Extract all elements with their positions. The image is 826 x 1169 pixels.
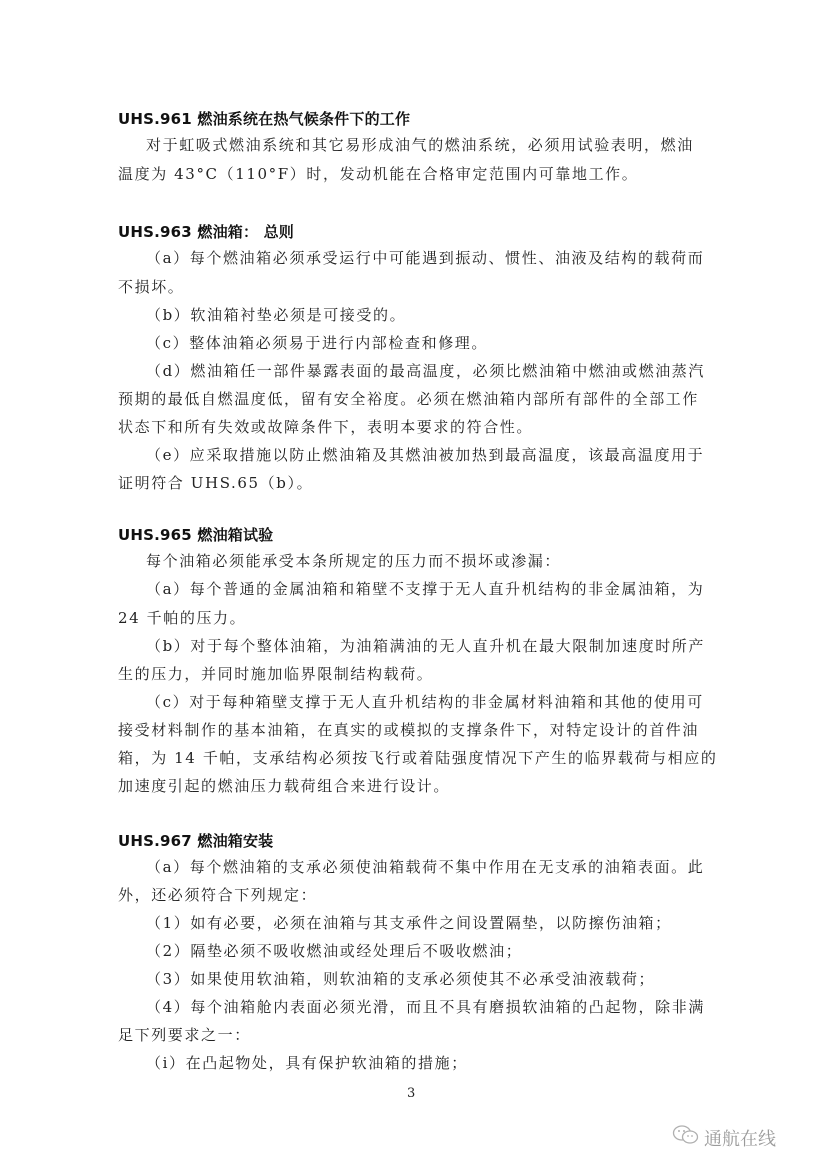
page-number: 3	[407, 1086, 415, 1101]
document-page: UHS.961 燃油系统在热气候条件下的工作 对于虹吸式燃油系统和其它易形成油气…	[0, 0, 826, 1169]
paragraph-line: 生的压力，并同时施加临界限制结构载荷。	[118, 663, 433, 684]
paragraph-line: 足下列要求之一：	[118, 1024, 251, 1045]
watermark-text: 通航在线	[704, 1125, 776, 1151]
section-heading-963: UHS.963 燃油箱： 总则	[118, 221, 294, 242]
paragraph-line: （1）如有必要，必须在油箱与其支承件之间设置隔垫，以防擦伤油箱；	[146, 912, 672, 933]
paragraph-line: 证明符合 UHS.65（b）。	[118, 472, 313, 493]
section-heading-967: UHS.967 燃油箱安装	[118, 830, 273, 851]
paragraph-line: （c）对于每种箱壁支撑于无人直升机结构的非金属材料油箱和其他的使用可	[146, 691, 704, 712]
section-heading-961: UHS.961 燃油系统在热气候条件下的工作	[118, 108, 410, 129]
paragraph-line: （b）软油箱衬垫必须是可接受的。	[146, 304, 406, 325]
paragraph-line: 每个油箱必须能承受本条所规定的压力而不损坏或渗漏：	[146, 550, 561, 571]
watermark: 通航在线	[672, 1124, 776, 1151]
paragraph-line: （a）每个燃油箱的支承必须使油箱载荷不集中作用在无支承的油箱表面。此	[146, 856, 704, 877]
paragraph-line: （e）应采取措施以防止燃油箱及其燃油被加热到最高温度，该最高温度用于	[146, 444, 704, 465]
paragraph-line: （3）如果使用软油箱，则软油箱的支承必须使其不必承受油液载荷；	[146, 968, 655, 989]
paragraph-line: 箱，为 14 千帕，支承结构必须按飞行或着陆强度情况下产生的临界载荷与相应的	[118, 747, 717, 768]
paragraph-line: （a）每个普通的金属油箱和箱壁不支撑于无人直升机结构的非金属油箱，为	[146, 578, 704, 599]
wechat-icon	[672, 1124, 700, 1151]
paragraph-line: 对于虹吸式燃油系统和其它易形成油气的燃油系统，必须用试验表明，燃油	[146, 134, 694, 155]
paragraph-line: （a）每个燃油箱必须承受运行中可能遇到振动、惯性、油液及结构的载荷而	[146, 247, 704, 268]
paragraph-line: （2）隔垫必须不吸收燃油或经处理后不吸收燃油；	[146, 940, 522, 961]
paragraph-line: （c）整体油箱必须易于进行内部检查和修理。	[146, 332, 488, 353]
paragraph-line: 不损坏。	[118, 276, 184, 297]
paragraph-line: （i）在凸起物处，具有保护软油箱的措施；	[146, 1052, 468, 1073]
paragraph-line: 接受材料制作的基本油箱，在真实的或模拟的支撑条件下，对特定设计的首件油	[118, 719, 699, 740]
paragraph-line: 预期的最低自燃温度低，留有安全裕度。必须在燃油箱内部所有部件的全部工作	[118, 388, 699, 409]
paragraph-line: 状态下和所有失效或故障条件下，表明本要求的符合性。	[118, 416, 533, 437]
paragraph-line: （d）燃油箱任一部件暴露表面的最高温度，必须比燃油箱中燃油或燃油蒸汽	[146, 360, 705, 381]
paragraph-line: 24 千帕的压力。	[118, 607, 246, 628]
paragraph-line: 外，还必须符合下列规定：	[118, 884, 317, 905]
section-heading-965: UHS.965 燃油箱试验	[118, 524, 273, 545]
paragraph-line: 温度为 43°C（110°F）时，发动机能在合格审定范围内可靠地工作。	[118, 163, 638, 184]
paragraph-line: 加速度引起的燃油压力载荷组合来进行设计。	[118, 775, 450, 796]
paragraph-line: （b）对于每个整体油箱，为油箱满油的无人直升机在最大限制加速度时所产	[146, 635, 705, 656]
paragraph-line: （4）每个油箱舱内表面必须光滑，而且不具有磨损软油箱的凸起物，除非满	[146, 996, 705, 1017]
